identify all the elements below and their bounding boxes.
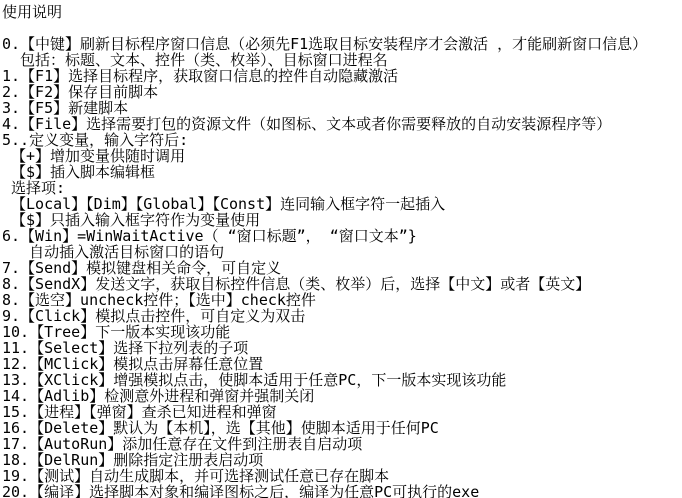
instruction-line: 15.【进程】【弹窗】查杀已知进程和弹窗 <box>2 404 682 420</box>
instruction-line: 3.【F5】新建脚本 <box>2 100 682 116</box>
instruction-list: 0.【中键】刷新目标程序窗口信息（必须先F1选取目标安装程序才会激活 ，才能刷新… <box>2 36 682 498</box>
instruction-line: 14.【Adlib】检测意外进程和弹窗并强制关闭 <box>2 388 682 404</box>
instruction-line: 包括：标题、文本、控件（类、枚举）、目标窗口进程名 <box>2 52 682 68</box>
instruction-line: 9.【Click】模拟点击控件，可自定义为双击 <box>2 308 682 324</box>
instruction-line: 20.【编译】选择脚本对象和编译图标之后，编译为任意PC可执行的exe <box>2 484 682 498</box>
instruction-line: 17.【AutoRun】添加任意存在文件到注册表自启动项 <box>2 436 682 452</box>
instruction-line: 【$】插入脚本编辑框 <box>2 164 682 180</box>
page-title: 使用说明 <box>2 4 682 20</box>
instruction-line: 2.【F2】保存目前脚本 <box>2 84 682 100</box>
instruction-line: 自动插入激活目标窗口的语句 <box>2 244 682 260</box>
instruction-line: 7.【Send】模拟键盘相关命令，可自定义 <box>2 260 682 276</box>
instruction-line: 8.【SendX】发送文字，获取目标控件信息（类、枚举）后，选择【中文】或者【英… <box>2 276 682 292</box>
blank-line <box>2 20 682 36</box>
instruction-line: 12.【MClick】模拟点击屏幕任意位置 <box>2 356 682 372</box>
instruction-line: 6.【Win】=WinWaitActive（ “窗口标题”， “窗口文本”} <box>2 228 682 244</box>
instruction-line: 19.【测试】自动生成脚本，并可选择测试任意已存在脚本 <box>2 468 682 484</box>
instruction-line: 1.【F1】选择目标程序，获取窗口信息的控件自动隐藏激活 <box>2 68 682 84</box>
instruction-line: 11.【Select】选择下拉列表的子项 <box>2 340 682 356</box>
instruction-line: 【$】只插入输入框字符作为变量使用 <box>2 212 682 228</box>
instruction-line: 5..定义变量，输入字符后: <box>2 132 682 148</box>
instruction-line: 10.【Tree】下一版本实现该功能 <box>2 324 682 340</box>
usage-instructions-document: 使用说明 0.【中键】刷新目标程序窗口信息（必须先F1选取目标安装程序才会激活 … <box>0 0 682 498</box>
instruction-line: 4.【File】选择需要打包的资源文件（如图标、文本或者你需要释放的自动安装源程… <box>2 116 682 132</box>
instruction-line: 【Local】【Dim】【Global】【Const】连同输入框字符一起插入 <box>2 196 682 212</box>
instruction-line: 13.【XClick】增强模拟点击，使脚本适用于任意PC，下一版本实现该功能 <box>2 372 682 388</box>
instruction-line: 【+】增加变量供随时调用 <box>2 148 682 164</box>
instruction-line: 0.【中键】刷新目标程序窗口信息（必须先F1选取目标安装程序才会激活 ，才能刷新… <box>2 36 682 52</box>
instruction-line: 选择项: <box>2 180 682 196</box>
instruction-line: 8.【选空】uncheck控件；【选中】check控件 <box>2 292 682 308</box>
instruction-line: 16.【Delete】默认为【本机】，选【其他】使脚本适用于任何PC <box>2 420 682 436</box>
instruction-line: 18.【DelRun】删除指定注册表启动项 <box>2 452 682 468</box>
